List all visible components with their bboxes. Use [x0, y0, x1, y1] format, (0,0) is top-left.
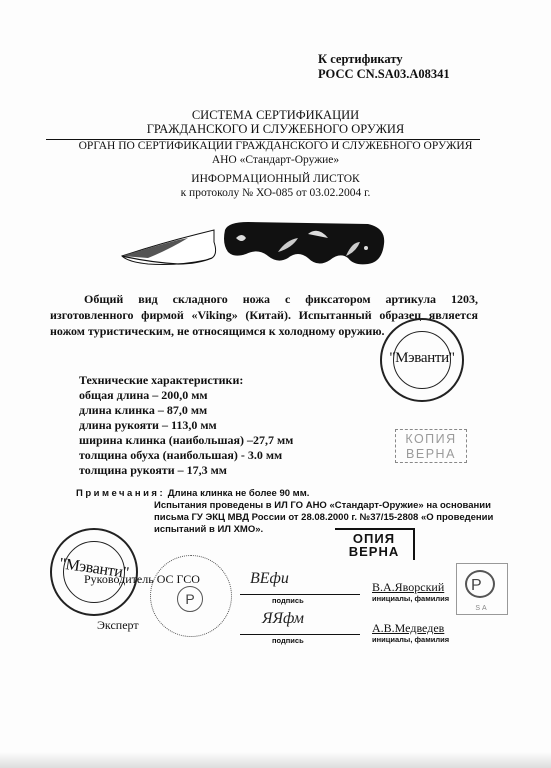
spec-item: толщина обуха (наибольшая) - 3.0 мм: [79, 448, 293, 463]
signatory-name-caption-2: инициалы, фамилия: [372, 635, 449, 644]
info-title: ИНФОРМАЦИОННЫЙ ЛИСТОК: [0, 172, 551, 186]
rst-mark-code: SA: [457, 605, 507, 612]
knife-image: [118, 218, 390, 274]
signatory-name-caption-1: инициалы, фамилия: [372, 594, 449, 603]
notes-line3: письма ГУ ЭКЦ МВД России от 28.08.2000 г…: [154, 512, 494, 524]
company-seal-stamp: "Мэванти": [380, 318, 464, 402]
certification-body: ОРГАН ПО СЕРТИФИКАЦИИ ГРАЖДАНСКОГО И СЛУ…: [0, 139, 551, 167]
signature-2: ЯЯфм: [262, 610, 304, 628]
signatory-name-1: В.А.Яворский: [372, 580, 444, 595]
system-title-line2: ГРАЖДАНСКОГО И СЛУЖЕБНОГО ОРУЖИЯ: [0, 122, 551, 136]
copy2-line2: ВЕРНА: [335, 545, 413, 558]
signature-line-2: [240, 634, 360, 635]
copy-stamp-line1: КОПИЯ: [396, 432, 466, 447]
notes-section: Примечания: Длина клинка не более 90 мм.…: [76, 488, 309, 500]
specs-heading: Технические характеристики:: [79, 373, 293, 388]
signature-label-1: подпись: [272, 596, 304, 605]
conformity-mark: Р SA: [456, 563, 508, 615]
spec-item: общая длина – 200,0 мм: [79, 388, 293, 403]
certified-copy-stamp-2: ОПИЯ ВЕРНА: [335, 528, 415, 560]
certified-copy-stamp: КОПИЯ ВЕРНА: [395, 429, 467, 463]
seal-company-name: "Мэванти": [382, 350, 462, 367]
signatory-name-2: А.В.Медведев: [372, 621, 444, 636]
system-title: СИСТЕМА СЕРТИФИКАЦИИ ГРАЖДАНСКОГО И СЛУЖ…: [0, 108, 551, 136]
cert-ref-line1: К сертификату: [318, 52, 450, 67]
copy-stamp-line2: ВЕРНА: [396, 447, 466, 462]
certification-body-stamp: Р: [150, 555, 232, 637]
spec-item: толщина рукояти – 17,3 мм: [79, 463, 293, 478]
role-head: Руководитель ОС ГСО: [84, 572, 200, 587]
spec-item: ширина клинка (наибольшая) –27,7 мм: [79, 433, 293, 448]
role-expert: Эксперт: [97, 618, 139, 633]
signature-label-2: подпись: [272, 636, 304, 645]
notes-line1: Длина клинка не более 90 мм.: [168, 488, 310, 499]
scan-edge-shadow: [0, 752, 551, 768]
rst-logo-icon: Р: [177, 586, 203, 612]
system-title-line1: СИСТЕМА СЕРТИФИКАЦИИ: [0, 108, 551, 122]
cert-ref-number: РОСС CN.SA03.A08341: [318, 67, 450, 82]
organ-name: АНО «Стандарт-Оружие»: [0, 153, 551, 167]
signature-1: ВЕфи: [250, 570, 289, 588]
info-sheet-title: ИНФОРМАЦИОННЫЙ ЛИСТОК к протоколу № ХО-0…: [0, 172, 551, 200]
notes-label: Примечания:: [76, 488, 165, 499]
certificate-reference: К сертификату РОСС CN.SA03.A08341: [318, 52, 450, 82]
technical-specs: Технические характеристики: общая длина …: [79, 373, 293, 478]
notes-line2: Испытания проведены в ИЛ ГО АНО «Стандар…: [154, 500, 494, 512]
spec-item: длина клинка – 87,0 мм: [79, 403, 293, 418]
signature-line-1: [240, 594, 360, 595]
notes-body: Испытания проведены в ИЛ ГО АНО «Стандар…: [154, 500, 494, 536]
rst-mark-icon: Р: [465, 570, 495, 598]
protocol-reference: к протоколу № ХО-085 от 03.02.2004 г.: [0, 186, 551, 200]
spec-item: длина рукояти – 113,0 мм: [79, 418, 293, 433]
notes-line4: испытаний в ИЛ ХМО».: [154, 524, 494, 536]
organ-line1: ОРГАН ПО СЕРТИФИКАЦИИ ГРАЖДАНСКОГО И СЛУ…: [0, 139, 551, 153]
